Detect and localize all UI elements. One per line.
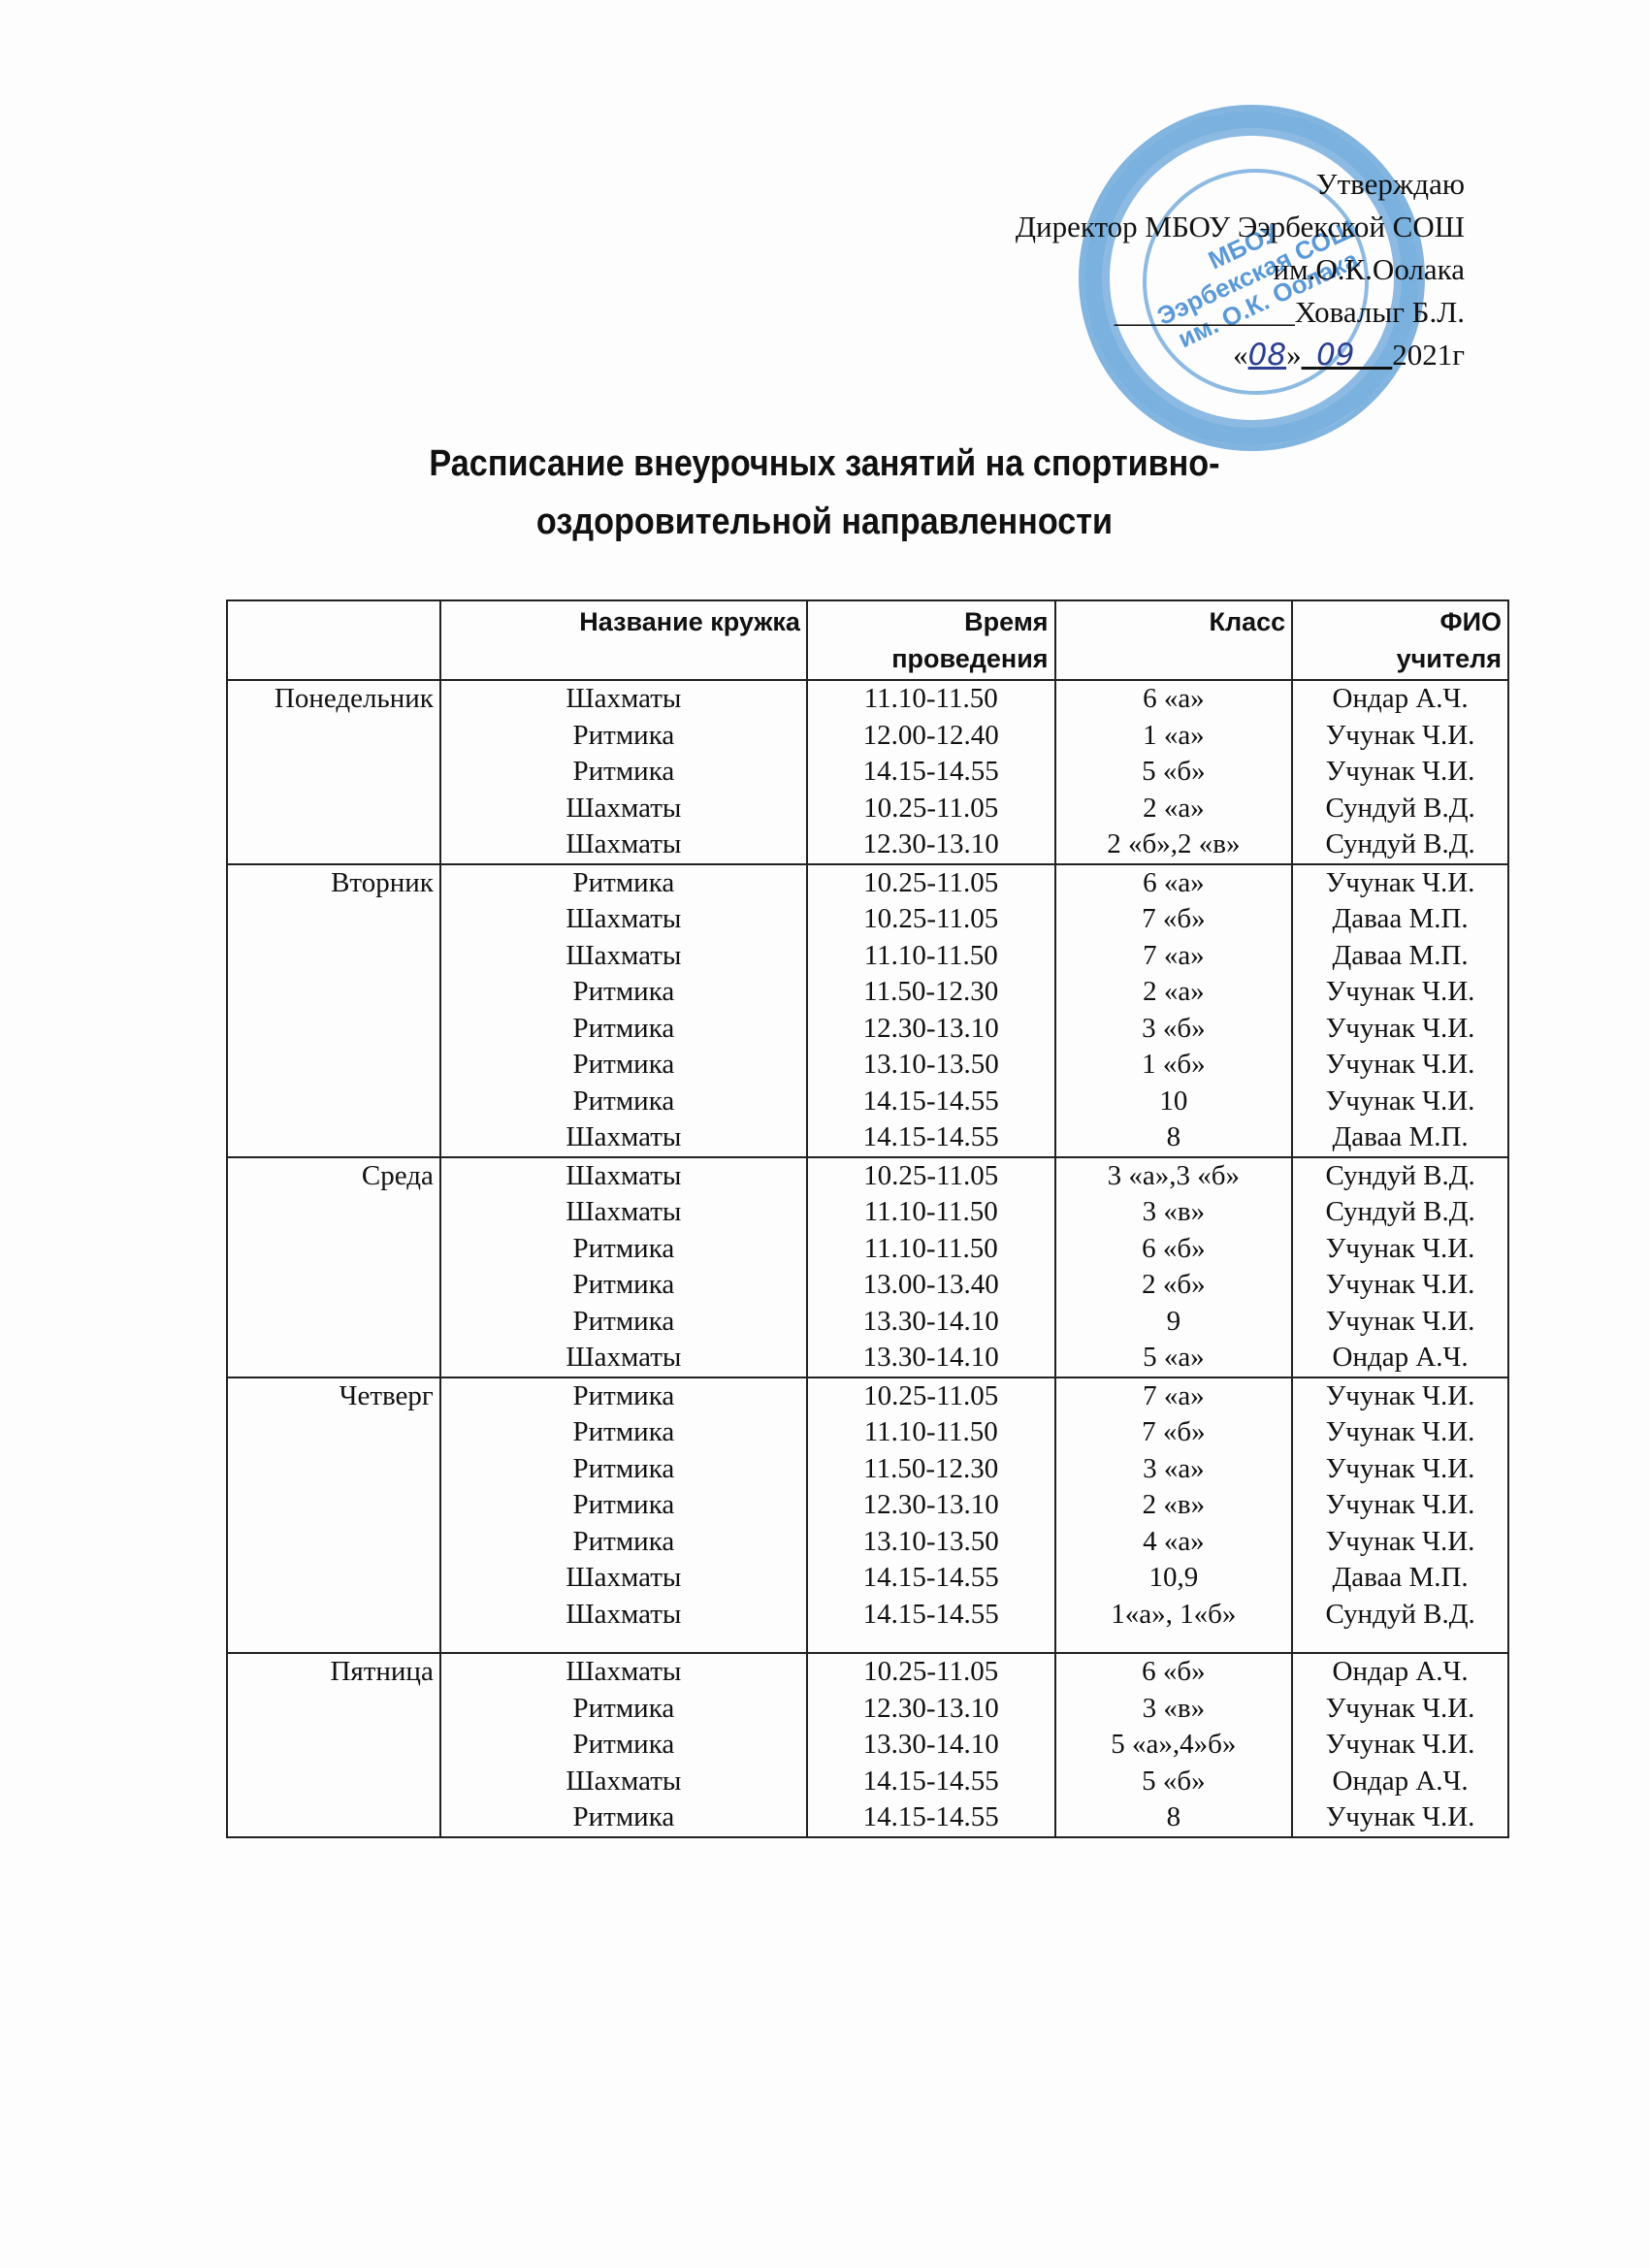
class-cell: 9 bbox=[1055, 1304, 1293, 1341]
class-cell: 2 «б»,2 «в» bbox=[1055, 826, 1293, 864]
header-teacher-line-2: учителя bbox=[1299, 640, 1502, 677]
table-row: Шахматы13.30-14.105 «а»Ондар А.Ч. bbox=[227, 1340, 1508, 1377]
date-open-quote: « bbox=[1233, 338, 1248, 372]
club-cell: Шахматы bbox=[440, 680, 807, 718]
time-cell: 13.10-13.50 bbox=[807, 1524, 1055, 1561]
table-row: Ритмика12.00-12.401 «а»Учунак Ч.И. bbox=[227, 718, 1508, 755]
club-cell: Ритмика bbox=[440, 1414, 807, 1451]
teacher-cell: Учунак Ч.И. bbox=[1292, 1451, 1508, 1488]
teacher-cell: Учунак Ч.И. bbox=[1292, 1727, 1508, 1764]
approval-signature-line: ____________Ховалыг Б.Л. bbox=[1016, 291, 1465, 334]
day-cell bbox=[227, 1340, 440, 1377]
club-cell: Ритмика bbox=[440, 1267, 807, 1304]
time-cell: 10.25-11.05 bbox=[807, 864, 1055, 902]
club-cell: Ритмика bbox=[440, 1691, 807, 1728]
teacher-cell: Даваа М.П. bbox=[1292, 938, 1508, 975]
day-cell: Пятница bbox=[227, 1653, 440, 1691]
header-club: Название кружка bbox=[440, 600, 807, 680]
class-cell: 8 bbox=[1055, 1799, 1293, 1837]
time-cell: 12.00-12.40 bbox=[807, 718, 1055, 755]
table-row: ВторникРитмика10.25-11.056 «а»Учунак Ч.И… bbox=[227, 864, 1508, 902]
club-cell: Ритмика bbox=[440, 1727, 807, 1764]
time-cell: 11.50-12.30 bbox=[807, 974, 1055, 1011]
club-cell: Шахматы bbox=[440, 1340, 807, 1377]
header-time-line-1: Время bbox=[814, 603, 1049, 640]
club-cell: Ритмика bbox=[440, 1524, 807, 1561]
date-day: 08 bbox=[1248, 338, 1286, 373]
approval-heading: Утверждаю bbox=[1016, 163, 1465, 206]
class-cell: 1 «б» bbox=[1055, 1047, 1293, 1084]
class-cell: 3 «в» bbox=[1055, 1691, 1293, 1728]
table-row: Ритмика12.30-13.103 «б»Учунак Ч.И. bbox=[227, 1011, 1508, 1048]
time-cell: 11.50-12.30 bbox=[807, 1451, 1055, 1488]
teacher-cell: Учунак Ч.И. bbox=[1292, 1414, 1508, 1451]
time-cell: 10.25-11.05 bbox=[807, 1157, 1055, 1195]
table-row: Ритмика12.30-13.103 «в»Учунак Ч.И. bbox=[227, 1691, 1508, 1728]
class-cell: 4 «а» bbox=[1055, 1524, 1293, 1561]
class-cell: 6 «а» bbox=[1055, 680, 1293, 718]
day-cell bbox=[227, 718, 440, 755]
day-cell bbox=[227, 1011, 440, 1048]
time-cell: 13.30-14.10 bbox=[807, 1727, 1055, 1764]
schedule-body: ПонедельникШахматы11.10-11.506 «а»Ондар … bbox=[227, 680, 1508, 1837]
club-cell: Ритмика bbox=[440, 1047, 807, 1084]
table-row: Шахматы12.30-13.102 «б»,2 «в»Сундуй В.Д. bbox=[227, 826, 1508, 864]
club-cell: Ритмика bbox=[440, 1451, 807, 1488]
table-row: ПонедельникШахматы11.10-11.506 «а»Ондар … bbox=[227, 680, 1508, 718]
time-cell: 14.15-14.55 bbox=[807, 1560, 1055, 1597]
table-row: Шахматы14.15-14.551«а», 1«б»Сундуй В.Д. bbox=[227, 1597, 1508, 1634]
table-row: Ритмика13.30-14.109Учунак Ч.И. bbox=[227, 1304, 1508, 1341]
table-row: Шахматы14.15-14.5510,9Даваа М.П. bbox=[227, 1560, 1508, 1597]
teacher-cell: Сундуй В.Д. bbox=[1292, 1194, 1508, 1231]
time-cell: 14.15-14.55 bbox=[807, 1597, 1055, 1634]
club-cell: Шахматы bbox=[440, 1597, 807, 1634]
club-cell: Ритмика bbox=[440, 1304, 807, 1341]
club-cell: Ритмика bbox=[440, 1799, 807, 1837]
class-cell: 8 bbox=[1055, 1119, 1293, 1157]
approval-director-title: Директор МБОУ Ээрбекской СОШ bbox=[1016, 206, 1465, 248]
header-time-line-2: проведения bbox=[814, 640, 1049, 677]
time-cell: 13.10-13.50 bbox=[807, 1047, 1055, 1084]
time-cell: 13.30-14.10 bbox=[807, 1340, 1055, 1377]
club-cell: Ритмика bbox=[440, 718, 807, 755]
class-cell: 3 «а» bbox=[1055, 1451, 1293, 1488]
class-cell: 10 bbox=[1055, 1084, 1293, 1120]
date-close-quote: » bbox=[1286, 338, 1302, 372]
class-cell: 2 «в» bbox=[1055, 1487, 1293, 1524]
club-cell: Шахматы bbox=[440, 1119, 807, 1157]
signature-blank: ____________ bbox=[1115, 295, 1295, 329]
day-cell bbox=[227, 1451, 440, 1488]
day-cell bbox=[227, 901, 440, 938]
time-cell: 14.15-14.55 bbox=[807, 1084, 1055, 1120]
teacher-cell: Учунак Ч.И. bbox=[1292, 974, 1508, 1011]
time-cell: 10.25-11.05 bbox=[807, 1377, 1055, 1415]
date-year: 2021г bbox=[1392, 338, 1465, 372]
day-cell bbox=[227, 1487, 440, 1524]
table-row: Ритмика11.10-11.506 «б»Учунак Ч.И. bbox=[227, 1231, 1508, 1268]
class-cell: 7 «б» bbox=[1055, 1414, 1293, 1451]
class-cell: 7 «а» bbox=[1055, 1377, 1293, 1415]
class-cell: 6 «б» bbox=[1055, 1653, 1293, 1691]
class-cell: 3 «в» bbox=[1055, 1194, 1293, 1231]
table-row: Ритмика11.50-12.303 «а»Учунак Ч.И. bbox=[227, 1451, 1508, 1488]
table-row: Ритмика14.15-14.558Учунак Ч.И. bbox=[227, 1799, 1508, 1837]
club-cell: Шахматы bbox=[440, 791, 807, 827]
class-cell: 5 «а» bbox=[1055, 1340, 1293, 1377]
spacer-cell bbox=[807, 1633, 1055, 1653]
header-teacher-line-1: ФИО bbox=[1299, 603, 1502, 640]
club-cell: Ритмика bbox=[440, 1487, 807, 1524]
day-cell bbox=[227, 974, 440, 1011]
approval-block: Утверждаю Директор МБОУ Ээрбекской СОШ и… bbox=[1016, 163, 1465, 376]
table-spacer-row bbox=[227, 1633, 1508, 1653]
table-row: Ритмика11.10-11.507 «б»Учунак Ч.И. bbox=[227, 1414, 1508, 1451]
day-cell bbox=[227, 791, 440, 827]
header-time: Время проведения bbox=[807, 600, 1055, 680]
day-cell bbox=[227, 1084, 440, 1120]
day-cell bbox=[227, 1194, 440, 1231]
teacher-cell: Учунак Ч.И. bbox=[1292, 1691, 1508, 1728]
teacher-cell: Учунак Ч.И. bbox=[1292, 718, 1508, 755]
club-cell: Шахматы bbox=[440, 1653, 807, 1691]
day-cell bbox=[227, 1267, 440, 1304]
club-cell: Ритмика bbox=[440, 1377, 807, 1415]
club-cell: Ритмика bbox=[440, 754, 807, 791]
day-cell bbox=[227, 1047, 440, 1084]
header-teacher: ФИО учителя bbox=[1292, 600, 1508, 680]
club-cell: Шахматы bbox=[440, 826, 807, 864]
date-month: 09 bbox=[1316, 338, 1354, 373]
time-cell: 14.15-14.55 bbox=[807, 1764, 1055, 1800]
teacher-cell: Учунак Ч.И. bbox=[1292, 1487, 1508, 1524]
table-row: Шахматы10.25-11.052 «а»Сундуй В.Д. bbox=[227, 791, 1508, 827]
teacher-cell: Учунак Ч.И. bbox=[1292, 1524, 1508, 1561]
table-header-row: Название кружка Время проведения Класс Ф… bbox=[227, 600, 1508, 680]
class-cell: 7 «б» bbox=[1055, 901, 1293, 938]
day-cell bbox=[227, 1799, 440, 1837]
time-cell: 11.10-11.50 bbox=[807, 680, 1055, 718]
time-cell: 10.25-11.05 bbox=[807, 901, 1055, 938]
day-cell bbox=[227, 1231, 440, 1268]
time-cell: 12.30-13.10 bbox=[807, 1691, 1055, 1728]
teacher-cell: Даваа М.П. bbox=[1292, 901, 1508, 938]
club-cell: Ритмика bbox=[440, 1011, 807, 1048]
day-cell bbox=[227, 1727, 440, 1764]
table-row: Шахматы11.10-11.503 «в»Сундуй В.Д. bbox=[227, 1194, 1508, 1231]
teacher-cell: Ондар А.Ч. bbox=[1292, 680, 1508, 718]
teacher-cell: Сундуй В.Д. bbox=[1292, 1157, 1508, 1195]
header-class: Класс bbox=[1055, 600, 1293, 680]
day-cell: Среда bbox=[227, 1157, 440, 1195]
class-cell: 3 «б» bbox=[1055, 1011, 1293, 1048]
teacher-cell: Сундуй В.Д. bbox=[1292, 791, 1508, 827]
teacher-cell: Учунак Ч.И. bbox=[1292, 1799, 1508, 1837]
table-row: Шахматы11.10-11.507 «а»Даваа М.П. bbox=[227, 938, 1508, 975]
teacher-cell: Учунак Ч.И. bbox=[1292, 754, 1508, 791]
teacher-cell: Сундуй В.Д. bbox=[1292, 1597, 1508, 1634]
day-cell bbox=[227, 1691, 440, 1728]
club-cell: Шахматы bbox=[440, 1764, 807, 1800]
table-row: Ритмика14.15-14.555 «б»Учунак Ч.И. bbox=[227, 754, 1508, 791]
table-row: Ритмика13.10-13.501 «б»Учунак Ч.И. bbox=[227, 1047, 1508, 1084]
class-cell: 2 «б» bbox=[1055, 1267, 1293, 1304]
table-row: ЧетвергРитмика10.25-11.057 «а»Учунак Ч.И… bbox=[227, 1377, 1508, 1415]
day-cell bbox=[227, 1119, 440, 1157]
club-cell: Шахматы bbox=[440, 1560, 807, 1597]
club-cell: Шахматы bbox=[440, 1194, 807, 1231]
time-cell: 12.30-13.10 bbox=[807, 1011, 1055, 1048]
class-cell: 6 «б» bbox=[1055, 1231, 1293, 1268]
table-row: Ритмика11.50-12.302 «а»Учунак Ч.И. bbox=[227, 974, 1508, 1011]
teacher-cell: Учунак Ч.И. bbox=[1292, 1377, 1508, 1415]
spacer-cell bbox=[227, 1633, 440, 1653]
class-cell: 1«а», 1«б» bbox=[1055, 1597, 1293, 1634]
class-cell: 2 «а» bbox=[1055, 974, 1293, 1011]
teacher-cell: Учунак Ч.И. bbox=[1292, 1084, 1508, 1120]
document-title: Расписание внеурочных занятий на спортив… bbox=[82, 435, 1567, 551]
time-cell: 10.25-11.05 bbox=[807, 791, 1055, 827]
teacher-cell: Учунак Ч.И. bbox=[1292, 1304, 1508, 1341]
time-cell: 14.15-14.55 bbox=[807, 1799, 1055, 1837]
day-cell bbox=[227, 1560, 440, 1597]
time-cell: 13.30-14.10 bbox=[807, 1304, 1055, 1341]
table-row: Шахматы14.15-14.558Даваа М.П. bbox=[227, 1119, 1508, 1157]
day-cell bbox=[227, 1524, 440, 1561]
teacher-cell: Ондар А.Ч. bbox=[1292, 1340, 1508, 1377]
teacher-cell: Ондар А.Ч. bbox=[1292, 1764, 1508, 1800]
class-cell: 7 «а» bbox=[1055, 938, 1293, 975]
day-cell bbox=[227, 826, 440, 864]
class-cell: 3 «а»,3 «б» bbox=[1055, 1157, 1293, 1195]
time-cell: 12.30-13.10 bbox=[807, 1487, 1055, 1524]
teacher-cell: Даваа М.П. bbox=[1292, 1560, 1508, 1597]
time-cell: 11.10-11.50 bbox=[807, 1414, 1055, 1451]
day-cell bbox=[227, 754, 440, 791]
director-name: Ховалыг Б.Л. bbox=[1295, 295, 1465, 329]
class-cell: 10,9 bbox=[1055, 1560, 1293, 1597]
spacer-cell bbox=[440, 1633, 807, 1653]
table-row: СредаШахматы10.25-11.053 «а»,3 «б»Сундуй… bbox=[227, 1157, 1508, 1195]
teacher-cell: Учунак Ч.И. bbox=[1292, 1231, 1508, 1268]
table-row: Шахматы10.25-11.057 «б»Даваа М.П. bbox=[227, 901, 1508, 938]
schedule-table: Название кружка Время проведения Класс Ф… bbox=[226, 599, 1509, 1838]
time-cell: 11.10-11.50 bbox=[807, 1231, 1055, 1268]
day-cell bbox=[227, 1304, 440, 1341]
club-cell: Ритмика bbox=[440, 974, 807, 1011]
time-cell: 14.15-14.55 bbox=[807, 1119, 1055, 1157]
teacher-cell: Учунак Ч.И. bbox=[1292, 1011, 1508, 1048]
teacher-cell: Даваа М.П. bbox=[1292, 1119, 1508, 1157]
day-cell bbox=[227, 1414, 440, 1451]
club-cell: Ритмика bbox=[440, 1084, 807, 1120]
header-day bbox=[227, 600, 440, 680]
teacher-cell: Ондар А.Ч. bbox=[1292, 1653, 1508, 1691]
teacher-cell: Сундуй В.Д. bbox=[1292, 826, 1508, 864]
club-cell: Шахматы bbox=[440, 938, 807, 975]
table-row: Шахматы14.15-14.555 «б»Ондар А.Ч. bbox=[227, 1764, 1508, 1800]
table-row: Ритмика13.30-14.105 «а»,4»б»Учунак Ч.И. bbox=[227, 1727, 1508, 1764]
club-cell: Шахматы bbox=[440, 901, 807, 938]
teacher-cell: Учунак Ч.И. bbox=[1292, 1047, 1508, 1084]
class-cell: 2 «а» bbox=[1055, 791, 1293, 827]
title-line-1: Расписание внеурочных занятий на спортив… bbox=[82, 435, 1567, 493]
club-cell: Ритмика bbox=[440, 864, 807, 902]
day-cell: Четверг bbox=[227, 1377, 440, 1415]
club-cell: Ритмика bbox=[440, 1231, 807, 1268]
class-cell: 5 «б» bbox=[1055, 754, 1293, 791]
table-row: Ритмика12.30-13.102 «в»Учунак Ч.И. bbox=[227, 1487, 1508, 1524]
day-cell bbox=[227, 938, 440, 975]
teacher-cell: Учунак Ч.И. bbox=[1292, 1267, 1508, 1304]
time-cell: 12.30-13.10 bbox=[807, 826, 1055, 864]
title-line-2: оздоровительной направленности bbox=[82, 493, 1567, 551]
class-cell: 5 «б» bbox=[1055, 1764, 1293, 1800]
approval-school-name: им.О.К.Оолака bbox=[1016, 248, 1465, 291]
class-cell: 6 «а» bbox=[1055, 864, 1293, 902]
time-cell: 14.15-14.55 bbox=[807, 754, 1055, 791]
day-cell bbox=[227, 1597, 440, 1634]
time-cell: 11.10-11.50 bbox=[807, 938, 1055, 975]
day-cell: Понедельник bbox=[227, 680, 440, 718]
table-row: ПятницаШахматы10.25-11.056 «б»Ондар А.Ч. bbox=[227, 1653, 1508, 1691]
table-row: Ритмика13.10-13.504 «а»Учунак Ч.И. bbox=[227, 1524, 1508, 1561]
day-cell: Вторник bbox=[227, 864, 440, 902]
day-cell bbox=[227, 1764, 440, 1800]
class-cell: 5 «а»,4»б» bbox=[1055, 1727, 1293, 1764]
club-cell: Шахматы bbox=[440, 1157, 807, 1195]
approval-date: «08» 09 2021г bbox=[1016, 334, 1465, 376]
time-cell: 11.10-11.50 bbox=[807, 1194, 1055, 1231]
spacer-cell bbox=[1055, 1633, 1293, 1653]
table-row: Ритмика14.15-14.5510Учунак Ч.И. bbox=[227, 1084, 1508, 1120]
table-row: Ритмика13.00-13.402 «б»Учунак Ч.И. bbox=[227, 1267, 1508, 1304]
time-cell: 13.00-13.40 bbox=[807, 1267, 1055, 1304]
time-cell: 10.25-11.05 bbox=[807, 1653, 1055, 1691]
spacer-cell bbox=[1292, 1633, 1508, 1653]
teacher-cell: Учунак Ч.И. bbox=[1292, 864, 1508, 902]
class-cell: 1 «а» bbox=[1055, 718, 1293, 755]
